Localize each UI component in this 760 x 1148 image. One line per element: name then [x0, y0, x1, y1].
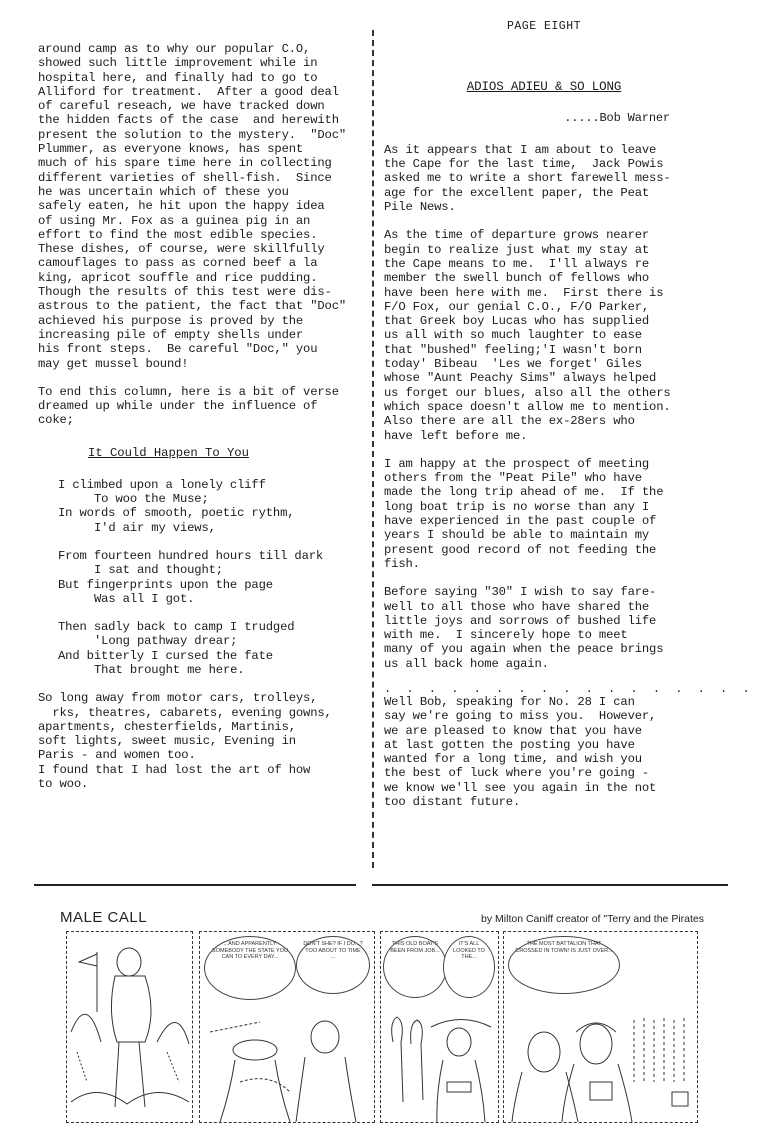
text-line: Alliford for treatment. After a good dea…: [38, 85, 363, 99]
text-line: camouflages to pass as corned beef a la: [38, 256, 363, 270]
text-line: whose "Aunt Peachy Sims" always helped: [384, 371, 714, 385]
poem-stanza: I climbed upon a lonely cliffTo woo the …: [58, 478, 363, 535]
text-line: around camp as to why our popular C.O,: [38, 42, 363, 56]
text-line: the Cape for the last time, Jack Powis: [384, 157, 714, 171]
text-line: much of his spare time here in collectin…: [38, 156, 363, 170]
column-divider: [372, 30, 374, 868]
text-line: he was uncertain which of these you: [38, 185, 363, 199]
paragraph: around camp as to why our popular C.O,sh…: [38, 42, 363, 371]
text-line: wanted for a long time, and wish you: [384, 752, 714, 766]
poem-line: From fourteen hundred hours till dark: [58, 549, 363, 563]
text-line: fish.: [384, 557, 714, 571]
text-line: So long away from motor cars, trolleys,: [38, 691, 363, 705]
paragraph: Before saying "30" I wish to say fare-we…: [384, 585, 714, 671]
text-line: apartments, chesterfields, Martinis,: [38, 720, 363, 734]
poem-stanza: Then sadly back to camp I trudged'Long p…: [58, 620, 363, 677]
text-line: too distant future.: [384, 795, 714, 809]
text-line: us all with so much laughter to ease: [384, 328, 714, 342]
text-line: the hidden facts of the case and herewit…: [38, 113, 363, 127]
poem-line: I sat and thought;: [58, 563, 363, 577]
poem-body: I climbed upon a lonely cliffTo woo the …: [58, 478, 363, 678]
text-line: of careful reseach, we have tracked down: [38, 99, 363, 113]
text-line: have experienced in the past couple of: [384, 514, 714, 528]
page-number-label: PAGE EIGHT: [384, 20, 714, 34]
poem-line: Then sadly back to camp I trudged: [58, 620, 363, 634]
text-line: others from the "Peat Pile" who have: [384, 471, 714, 485]
text-line: the Cape means to me. I'll always re: [384, 257, 714, 271]
paragraph: I am happy at the prospect of meetingoth…: [384, 457, 714, 571]
text-line: Also there are all the ex-28ers who: [384, 414, 714, 428]
text-line: begin to realize just what my stay at: [384, 243, 714, 257]
text-line: age for the excellent paper, the Peat: [384, 186, 714, 200]
text-line: soft lights, sweet music, Evening in: [38, 734, 363, 748]
poem-line: To woo the Muse;: [58, 492, 363, 506]
paragraph: As it appears that I am about to leaveth…: [384, 143, 714, 214]
speech-bubble: IT'S ALL LOOKED TO THE...: [443, 936, 495, 998]
right-column: PAGE EIGHT ADIOS ADIEU & SO LONG .....Bo…: [384, 20, 714, 809]
editor-reply: Well Bob, speaking for No. 28 I cansay w…: [384, 695, 714, 809]
speech-bubble: THIS OLD BOAT'S BEEN FROM JOB...: [383, 936, 447, 998]
text-line: different varieties of shell-fish. Since: [38, 171, 363, 185]
text-line: I found that I had lost the art of how: [38, 763, 363, 777]
text-line: effort to find the most edible species.: [38, 228, 363, 242]
text-line: at last gotten the posting you have: [384, 738, 714, 752]
text-line: safely eaten, he hit upon the happy idea: [38, 199, 363, 213]
poem-title: It Could Happen To You: [88, 446, 363, 460]
text-line: I am happy at the prospect of meeting: [384, 457, 714, 471]
left-article-body: around camp as to why our popular C.O,sh…: [38, 42, 363, 428]
text-line: Before saying "30" I wish to say fare-: [384, 585, 714, 599]
text-line: us forget our blues, also all the others: [384, 386, 714, 400]
section-separator: . . . . . . . . . . . . . . . . . . . . …: [384, 683, 714, 695]
text-line: which space doesn't allow me to mention.: [384, 400, 714, 414]
text-line: astrous to the patient, the fact that "D…: [38, 299, 363, 313]
poem-line: That brought me here.: [58, 663, 363, 677]
text-line: As the time of departure grows nearer: [384, 228, 714, 242]
text-line: long boat trip is no worse than any I: [384, 500, 714, 514]
text-line: present good record of not feeding the: [384, 543, 714, 557]
comic-panel-3: THIS OLD BOAT'S BEEN FROM JOB... IT'S AL…: [380, 931, 499, 1123]
text-line: may get mussel bound!: [38, 357, 363, 371]
text-line: us all back home again.: [384, 657, 714, 671]
comic-strip: MALE CALL by Milton Caniff creator of "T…: [66, 917, 698, 1122]
left-column: around camp as to why our popular C.O,sh…: [38, 42, 363, 805]
text-line: well to all those who have shared the: [384, 600, 714, 614]
poem-line: 'Long pathway drear;: [58, 634, 363, 648]
right-article-body: As it appears that I am about to leaveth…: [384, 143, 714, 671]
closing-verse: So long away from motor cars, trolleys, …: [38, 691, 363, 791]
text-line: asked me to write a short farewell mess-: [384, 171, 714, 185]
text-line: we know we'll see you again in the not: [384, 781, 714, 795]
text-line: to woo.: [38, 777, 363, 791]
poem-line: I'd air my views,: [58, 521, 363, 535]
text-line: F/O Fox, our genial C.O., F/O Parker,: [384, 300, 714, 314]
paragraph: As the time of departure grows nearerbeg…: [384, 228, 714, 442]
text-line: of using Mr. Fox as a guinea pig in an: [38, 214, 363, 228]
text-line: his front steps. Be careful "Doc," you: [38, 342, 363, 356]
text-line: with me. I sincerely hope to meet: [384, 628, 714, 642]
text-line: Though the results of this test were dis…: [38, 285, 363, 299]
poem-line: But fingerprints upon the page: [58, 578, 363, 592]
text-line: many of you again when the peace brings: [384, 642, 714, 656]
text-line: member the swell bunch of fellows who: [384, 271, 714, 285]
text-line: have left before me.: [384, 429, 714, 443]
comic-panel-2: ...AND APPARENTLY SOMEBODY THE STATE YOU…: [199, 931, 375, 1123]
poem-line: I climbed upon a lonely cliff: [58, 478, 363, 492]
text-line: little joys and sorrows of bushed life: [384, 614, 714, 628]
speech-bubble: THE MOST BATTALION THAT CROSSED IN TOWN!…: [508, 936, 620, 994]
text-line: rks, theatres, cabarets, evening gowns,: [38, 706, 363, 720]
speech-bubble: ...AND APPARENTLY SOMEBODY THE STATE YOU…: [204, 936, 296, 1000]
text-line: Well Bob, speaking for No. 28 I can: [384, 695, 714, 709]
text-line: coke;: [38, 413, 363, 427]
page-divider-left: [34, 884, 356, 886]
soldier-illustration-icon: [67, 932, 192, 1122]
text-line: the best of luck where you're going -: [384, 766, 714, 780]
text-line: Plummer, as everyone knows, has spent: [38, 142, 363, 156]
text-line: As it appears that I am about to leave: [384, 143, 714, 157]
poem-line: Was all I got.: [58, 592, 363, 606]
text-line: dreamed up while under the influence of: [38, 399, 363, 413]
paragraph: To end this column, here is a bit of ver…: [38, 385, 363, 428]
text-line: These dishes, of course, were skillfully: [38, 242, 363, 256]
text-line: increasing pile of empty shells under: [38, 328, 363, 342]
text-line: hospital here, and finally had to go to: [38, 71, 363, 85]
poem-stanza: From fourteen hundred hours till darkI s…: [58, 549, 363, 606]
text-line: To end this column, here is a bit of ver…: [38, 385, 363, 399]
text-line: achieved his purpose is proved by the: [38, 314, 363, 328]
article-byline: .....Bob Warner: [384, 111, 714, 125]
page-divider-right: [372, 884, 728, 886]
text-line: have been here with me. First there is: [384, 286, 714, 300]
speech-bubble: DON'T SHE? IF I DO...? TOO ABOUT TO TIME…: [296, 936, 370, 994]
comic-credit: by Milton Caniff creator of "Terry and t…: [481, 913, 704, 925]
comic-panel-1: [66, 931, 193, 1123]
comic-title: MALE CALL: [60, 909, 147, 926]
text-line: that Greek boy Lucas who has supplied: [384, 314, 714, 328]
poem-line: And bitterly I cursed the fate: [58, 649, 363, 663]
text-line: we are pleased to know that you have: [384, 724, 714, 738]
text-line: Paris - and women too.: [38, 748, 363, 762]
text-line: made the long trip ahead of me. If the: [384, 485, 714, 499]
poem-line: In words of smooth, poetic rythm,: [58, 506, 363, 520]
comic-panel-4: THE MOST BATTALION THAT CROSSED IN TOWN!…: [503, 931, 698, 1123]
text-line: king, apricot souffle and rice pudding.: [38, 271, 363, 285]
text-line: years I should be able to maintain my: [384, 528, 714, 542]
text-line: that "bushed" feeling;'I wasn't born: [384, 343, 714, 357]
text-line: showed such little improvement while in: [38, 56, 363, 70]
text-line: say we're going to miss you. However,: [384, 709, 714, 723]
text-line: Pile News.: [384, 200, 714, 214]
article-title: ADIOS ADIEU & SO LONG: [384, 80, 714, 94]
text-line: present the solution to the mystery. "Do…: [38, 128, 363, 142]
text-line: today' Bibeau 'Les we forget' Giles: [384, 357, 714, 371]
